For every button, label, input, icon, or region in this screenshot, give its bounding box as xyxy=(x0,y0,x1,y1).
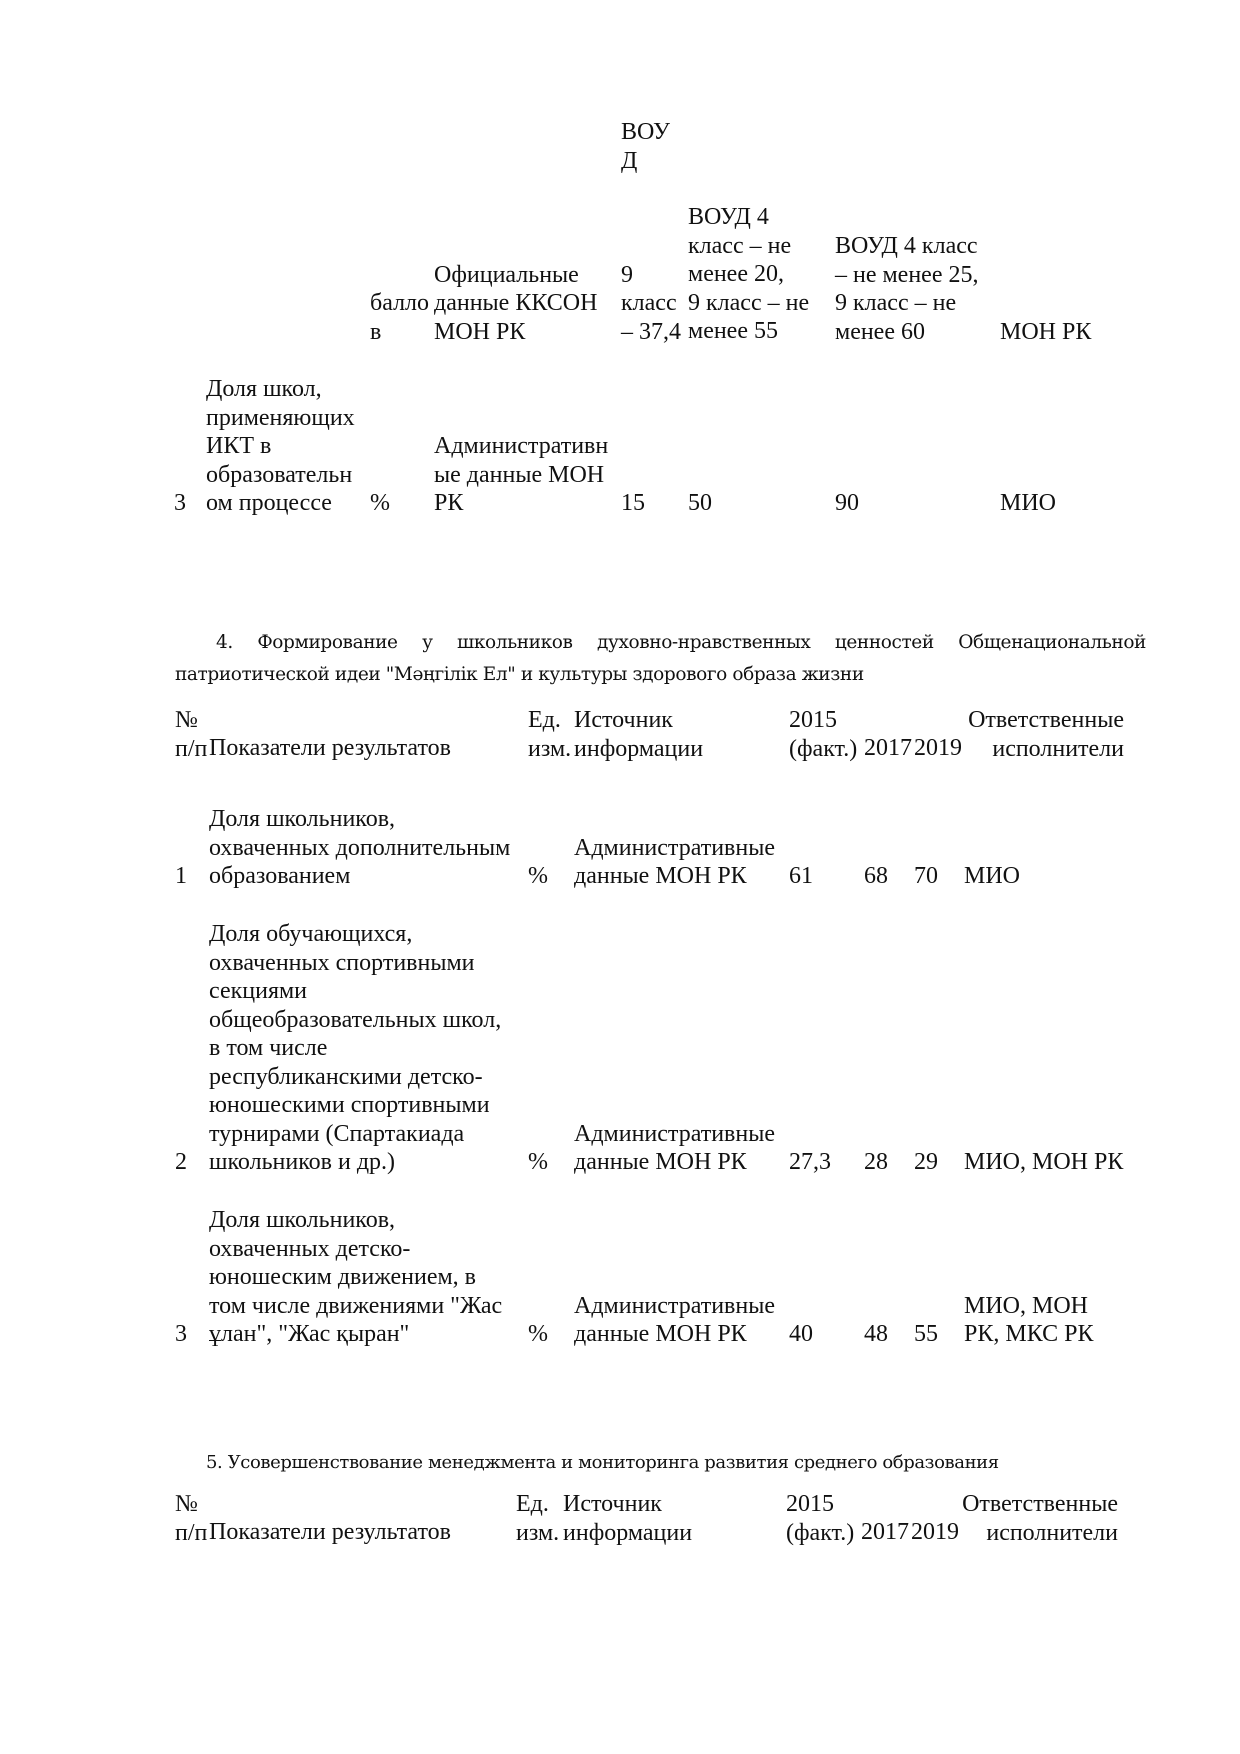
header-unit: Ед. изм. xyxy=(528,706,571,763)
cell-2019: 55 xyxy=(914,1320,938,1349)
cell-indicator: Доля школьников, охваченных детско- юнош… xyxy=(209,1206,502,1349)
cell-responsible: МОН РК xyxy=(1000,318,1091,347)
cell-indicator: Доля школьников, охваченных дополнительн… xyxy=(209,805,510,891)
cell-num: 3 xyxy=(175,1320,187,1349)
cell-unit: % xyxy=(528,1148,548,1177)
header-responsible: Ответственные исполнители xyxy=(964,706,1124,763)
cell-responsible: МИО xyxy=(964,862,1020,891)
section-4-heading-line2: патриотической идеи "Мәңгілік Ел" и куль… xyxy=(175,656,864,693)
cell-target-2017: ВОУД 4 класс – не менее 20, 9 класс – не… xyxy=(688,203,809,346)
cell-num: 2 xyxy=(175,1148,187,1177)
cell-target-2019: ВОУД 4 класс – не менее 25, 9 класс – не… xyxy=(835,232,978,346)
header-2017: 2017 xyxy=(864,734,912,763)
cell-unit: % xyxy=(528,862,548,891)
cell-target-2017: 50 xyxy=(688,489,712,518)
cell-unit: балло в xyxy=(370,280,429,346)
header-fact-2015: 2015 (факт.) xyxy=(789,706,857,763)
cell-2019: 29 xyxy=(914,1148,938,1177)
section-5-heading: 5. Усовершенствование менеджмента и мони… xyxy=(206,1444,999,1481)
cell-num: 1 xyxy=(175,862,187,891)
header-source: Источник информации xyxy=(563,1490,692,1547)
cell-unit: % xyxy=(528,1320,548,1349)
cell-unit: % xyxy=(370,489,390,518)
header-2017: 2017 xyxy=(861,1518,909,1547)
cell-indicator: Доля школ, применяющих ИКТ в образовател… xyxy=(206,375,355,518)
cell-fact-2015: ВОУ Д 9 класс – 37,4 xyxy=(621,118,681,346)
cell-responsible: МИО, МОН РК, МКС РК xyxy=(964,1292,1093,1349)
header-unit: Ед. изм. xyxy=(516,1490,559,1547)
cell-fact-2015: 27,3 xyxy=(789,1148,831,1177)
cell-source: Административные данные МОН РК xyxy=(574,1120,775,1177)
header-2019: 2019 xyxy=(914,734,962,763)
cell-fact-2015: 61 xyxy=(789,862,813,891)
cell-responsible: МИО xyxy=(1000,489,1056,518)
cell-fact-2015: 15 xyxy=(621,489,645,518)
cell-num: 3 xyxy=(174,489,186,518)
cell-source: Административн ые данные МОН РК xyxy=(434,432,608,518)
header-2019: 2019 xyxy=(911,1518,959,1547)
cell-2019: 70 xyxy=(914,862,938,891)
cell-2017: 68 xyxy=(864,862,888,891)
header-num: № п/п xyxy=(175,1490,207,1547)
cell-responsible: МИО, МОН РК xyxy=(964,1148,1123,1177)
header-source: Источник информации xyxy=(574,706,703,763)
header-indicator: Показатели результатов xyxy=(209,1518,451,1547)
cell-target-2019: 90 xyxy=(835,489,859,518)
cell-2017: 28 xyxy=(864,1148,888,1177)
document-page: балло в Официальные данные ККСОН МОН РК … xyxy=(0,0,1240,1754)
header-responsible: Ответственные исполнители xyxy=(958,1490,1118,1547)
cell-indicator: Доля обучающихся, охваченных спортивными… xyxy=(209,920,501,1177)
header-num: № п/п xyxy=(175,706,207,763)
cell-source: Официальные данные ККСОН МОН РК xyxy=(434,260,597,346)
cell-2017: 48 xyxy=(864,1320,888,1349)
cell-source: Административные данные МОН РК xyxy=(574,1292,775,1349)
header-fact-2015: 2015 (факт.) xyxy=(786,1490,854,1547)
cell-source: Административные данные МОН РК xyxy=(574,834,775,891)
cell-fact-2015: 40 xyxy=(789,1320,813,1349)
header-indicator: Показатели результатов xyxy=(209,734,451,763)
